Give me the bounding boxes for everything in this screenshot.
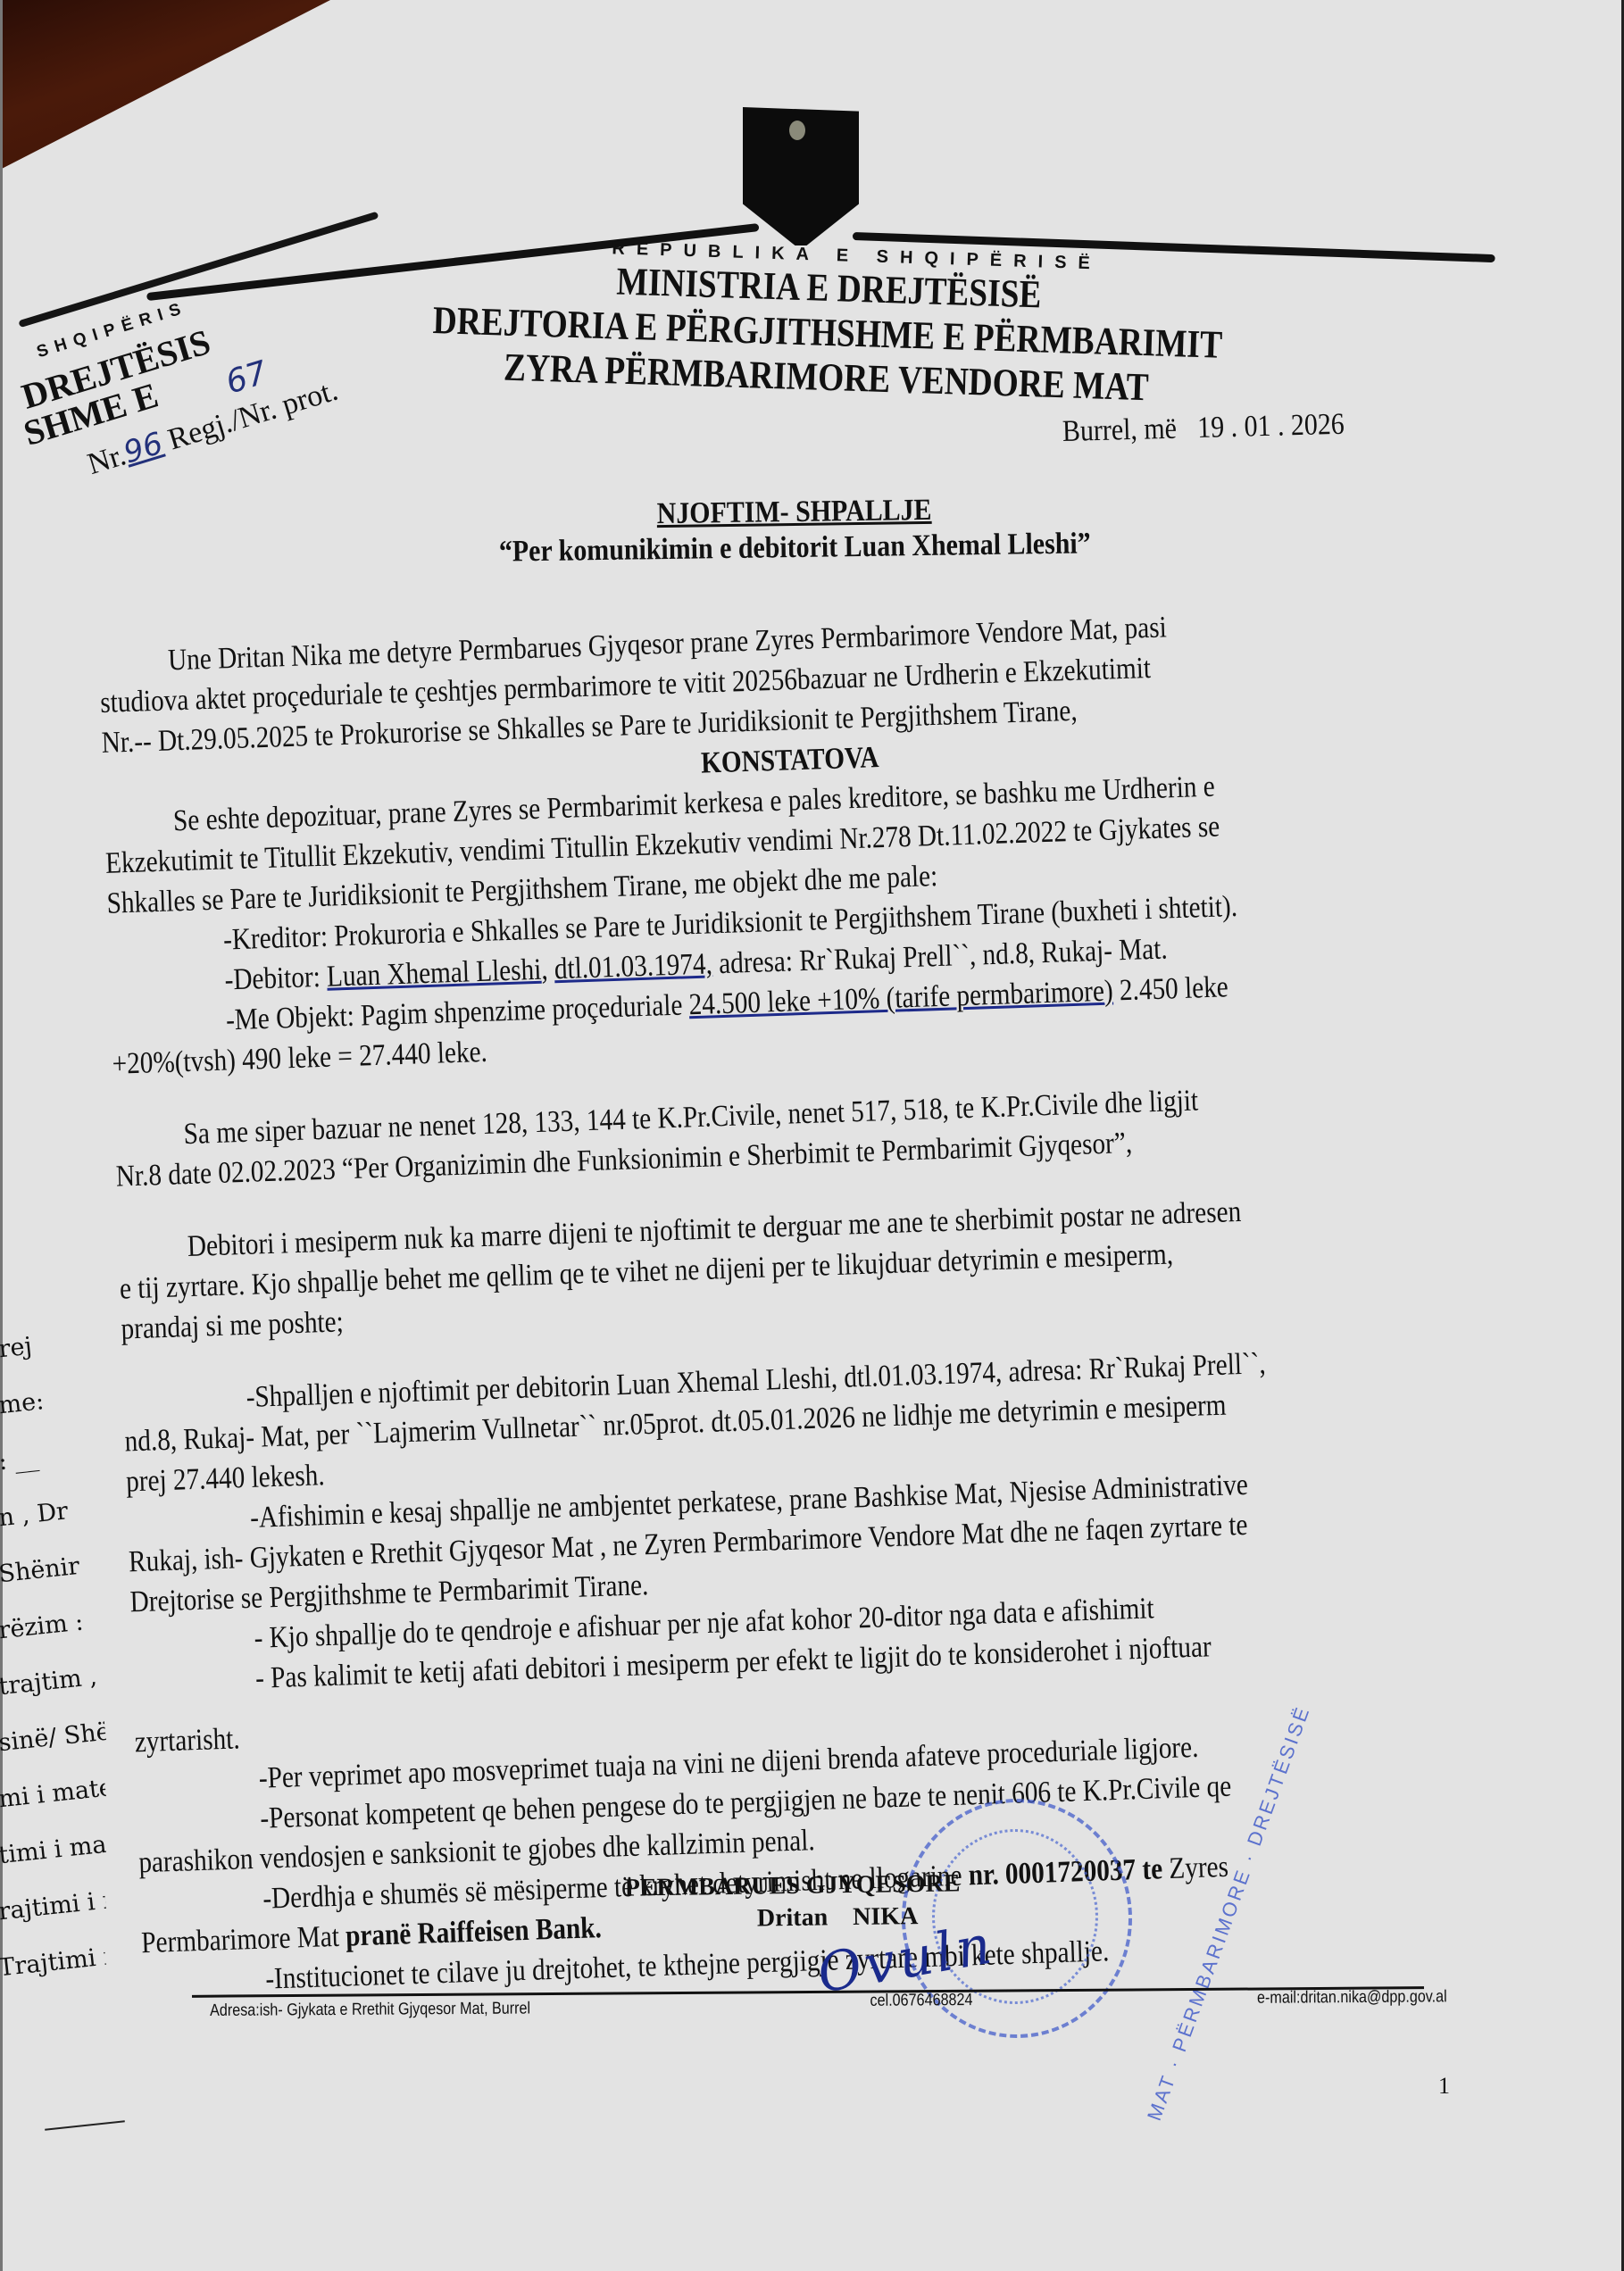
footer-email: e-mail:dritan.nika@dpp.gov.al <box>1257 1987 1447 2008</box>
document-page: SHQIPËRIS DREJTËSIS SHME E rej me: : __ … <box>0 0 1624 2271</box>
coat-of-arms-icon <box>743 107 859 245</box>
background-surface <box>0 0 330 170</box>
underlying-signature-line <box>45 2120 125 2130</box>
underlying-page-sidebar: rej me: : __ n , Dr Shënir rëzim : trajt… <box>0 1330 107 2005</box>
footer-phone: cel.0676468824 <box>870 1991 972 2011</box>
signer-first-name: Dritan <box>757 1903 829 1932</box>
underlying-fragment: Trajtimi i m <box>0 1943 110 2010</box>
helmet-icon <box>789 121 805 140</box>
bank-name: pranë Raiffeisen Bank. <box>346 1911 603 1952</box>
date-year: 2026 <box>1290 408 1345 443</box>
footer-address: Adresa:ish- Gjykata e Rrethit Gjyqesor M… <box>210 1999 530 2021</box>
underlying-header-rule <box>18 212 379 328</box>
document-title: NJOFTIM- SHPALLJE <box>657 494 932 531</box>
date-prefix: Burrel, më <box>1062 412 1178 448</box>
debtor-dob: dtl.01.03.1974, <box>554 947 712 986</box>
date-month: 01 <box>1244 410 1271 444</box>
debtor-name: Luan Xhemal Lleshi <box>326 953 541 994</box>
date-day: 19 <box>1197 411 1225 445</box>
object-fee: 2.450 leke <box>1112 970 1228 1007</box>
document-subtitle: “Per komunikimin e debitorit Luan Xhemal… <box>331 525 1259 571</box>
payment-office: Permbarimore Mat <box>141 1920 346 1960</box>
letterhead: REPUBLIKA E SHQIPËRISË MINISTRIA E DREJT… <box>335 230 1321 415</box>
title-block: NJOFTIM- SHPALLJE “Per komunikimin e deb… <box>268 488 1322 572</box>
debtor-label: -Debitor: <box>224 961 328 997</box>
page-number: 1 <box>1438 2073 1450 2100</box>
document-date: Burrel, më 19 . 01 . 2026 <box>1062 408 1345 449</box>
signer-role: PERMBARUES GJYQESORE <box>625 1868 961 1904</box>
payment-suffix: Zyres <box>1162 1851 1228 1885</box>
document-body: Une Dritan Nika me detyre Permbarues Gjy… <box>98 597 1518 2003</box>
